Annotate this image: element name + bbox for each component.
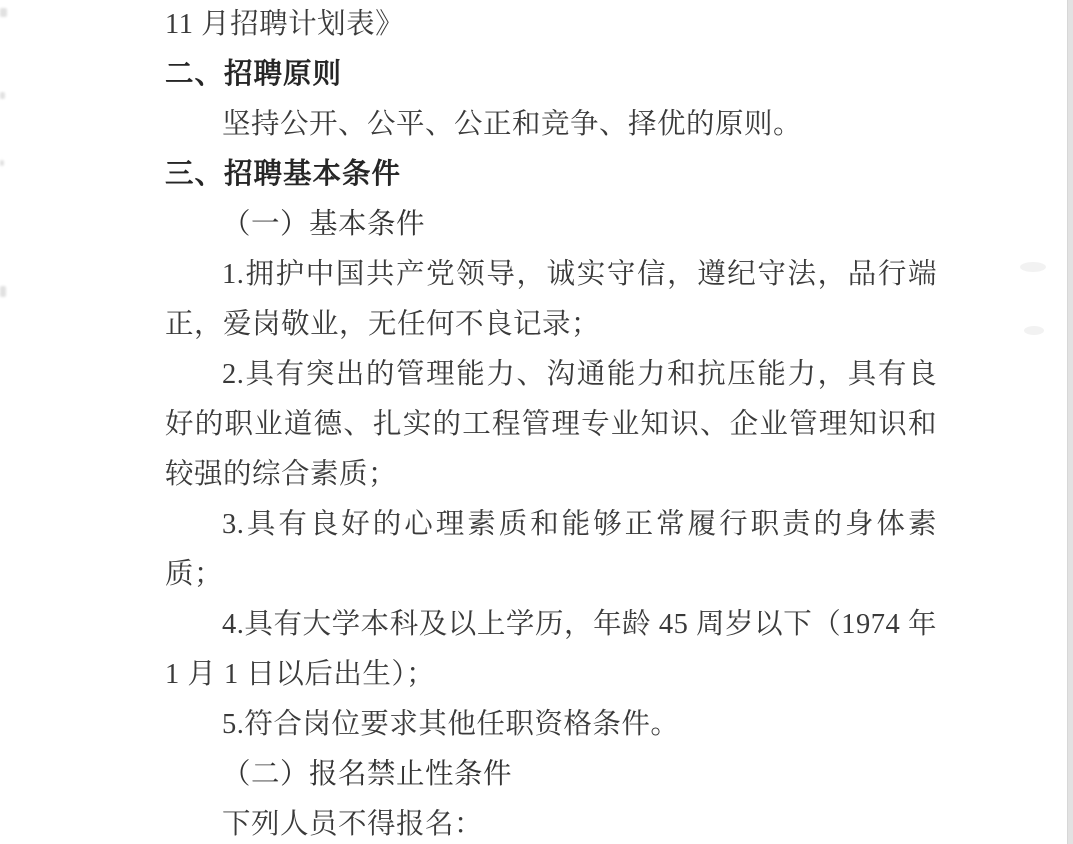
- scan-right-edge-strip: [1067, 0, 1073, 844]
- heading-section-2-recruitment-principles: 二、招聘原则: [165, 50, 937, 100]
- document-text-block: 11 月招聘计划表》 二、招聘原则 坚持公开、公平、公正和竞争、择优的原则。 三…: [165, 0, 937, 844]
- subheading-2-registration-prohibitions: （二）报名禁止性条件: [165, 750, 937, 800]
- scanned-document-page: 11 月招聘计划表》 二、招聘原则 坚持公开、公平、公正和竞争、择优的原则。 三…: [0, 0, 1073, 844]
- scan-artifact-smudge: [1024, 326, 1044, 335]
- scan-artifact-mark: [0, 92, 5, 99]
- paragraph-condition-3: 3.具有良好的心理素质和能够正常履行职责的身体素质；: [165, 500, 937, 600]
- paragraph-prohibited-persons-intro: 下列人员不得报名：: [165, 800, 937, 844]
- paragraph-condition-5: 5.符合岗位要求其他任职资格条件。: [165, 700, 937, 750]
- paragraph-principles-body: 坚持公开、公平、公正和竞争、择优的原则。: [165, 100, 937, 150]
- paragraph-plan-table-tail: 11 月招聘计划表》: [165, 0, 937, 50]
- scan-artifact-mark: [0, 286, 6, 297]
- heading-section-3-basic-requirements: 三、招聘基本条件: [165, 150, 937, 200]
- paragraph-condition-4: 4.具有大学本科及以上学历，年龄 45 周岁以下（1974 年 1 月 1 日以…: [165, 600, 937, 700]
- paragraph-condition-1: 1.拥护中国共产党领导，诚实守信，遵纪守法，品行端正，爱岗敬业，无任何不良记录；: [165, 250, 937, 350]
- paragraph-condition-2: 2.具有突出的管理能力、沟通能力和抗压能力，具有良好的职业道德、扎实的工程管理专…: [165, 350, 937, 500]
- scan-artifact-mark: [0, 160, 4, 166]
- scan-artifact-smudge: [1020, 262, 1046, 272]
- subheading-1-basic-conditions: （一）基本条件: [165, 200, 937, 250]
- scan-artifact-mark: [0, 8, 7, 17]
